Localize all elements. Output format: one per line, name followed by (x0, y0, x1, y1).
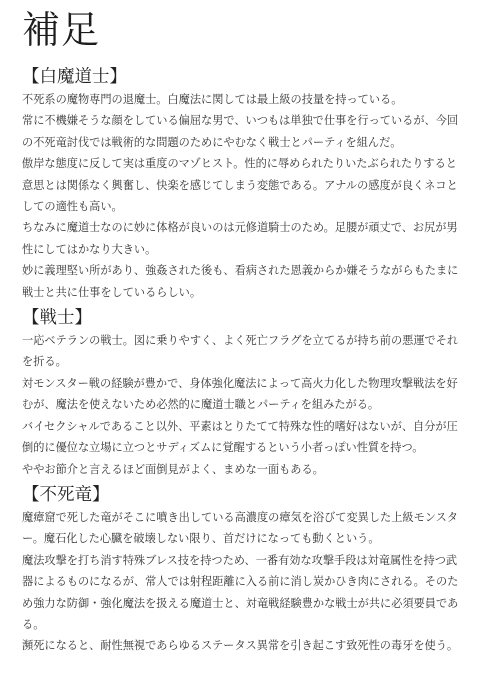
paragraph: 対モンスター戦の経験が豊かで、身体強化魔法によって高火力化した物理攻撃戦法を好む… (22, 374, 461, 417)
section-heading: 【不死竜】 (22, 483, 461, 505)
section-heading: 【戦士】 (22, 306, 461, 328)
section-heading: 【白魔道士】 (22, 65, 461, 87)
paragraph: 傲岸な態度に反して実は重度のマゾヒスト。性的に辱められたりいたぶられたりすると意… (22, 154, 461, 218)
page-title: 補足 (22, 8, 461, 55)
paragraph: ちなみに魔道士なのに妙に体格が良いのは元修道騎士のため。足腰が頑丈で、お尻が男性… (22, 218, 461, 261)
paragraph: ややお節介と言えるほど面倒見がよく、まめな一面もある。 (22, 460, 461, 481)
sections-container: 【白魔道士】不死系の魔物専門の退魔士。白魔法に関しては最上級の技量を持っている。… (22, 65, 461, 658)
paragraph: 不死系の魔物専門の退魔士。白魔法に関しては最上級の技量を持っている。 (22, 90, 461, 111)
paragraph: 妙に義理堅い所があり、強姦された後も、看病された恩義からか嫌そうながらもたまに戦… (22, 261, 461, 304)
paragraph: 魔瘴窟で死した竜がそこに噴き出している高濃度の瘴気を浴びて変異した上級モンスター… (22, 508, 461, 551)
paragraph: 瀕死になると、耐性無視であらゆるステータス異常を引き起こす致死性の毒牙を使う。 (22, 636, 461, 657)
paragraph: 一応ベテランの戦士。図に乗りやすく、よく死亡フラグを立てるが持ち前の悪運でそれを… (22, 331, 461, 374)
paragraph: 魔法攻撃を打ち消す特殊ブレス技を持つため、一番有効な攻撃手段は対竜属性を持つ武器… (22, 551, 461, 637)
paragraph: 常に不機嫌そうな顔をしている偏屈な男で、いつもは単独で仕事を行っているが、今回の… (22, 111, 461, 154)
paragraph: バイセクシャルであること以外、平素はとりたてて特殊な性的嗜好はないが、自分が圧倒… (22, 417, 461, 460)
document-page: 補足 【白魔道士】不死系の魔物専門の退魔士。白魔法に関しては最上級の技量を持って… (0, 0, 480, 658)
